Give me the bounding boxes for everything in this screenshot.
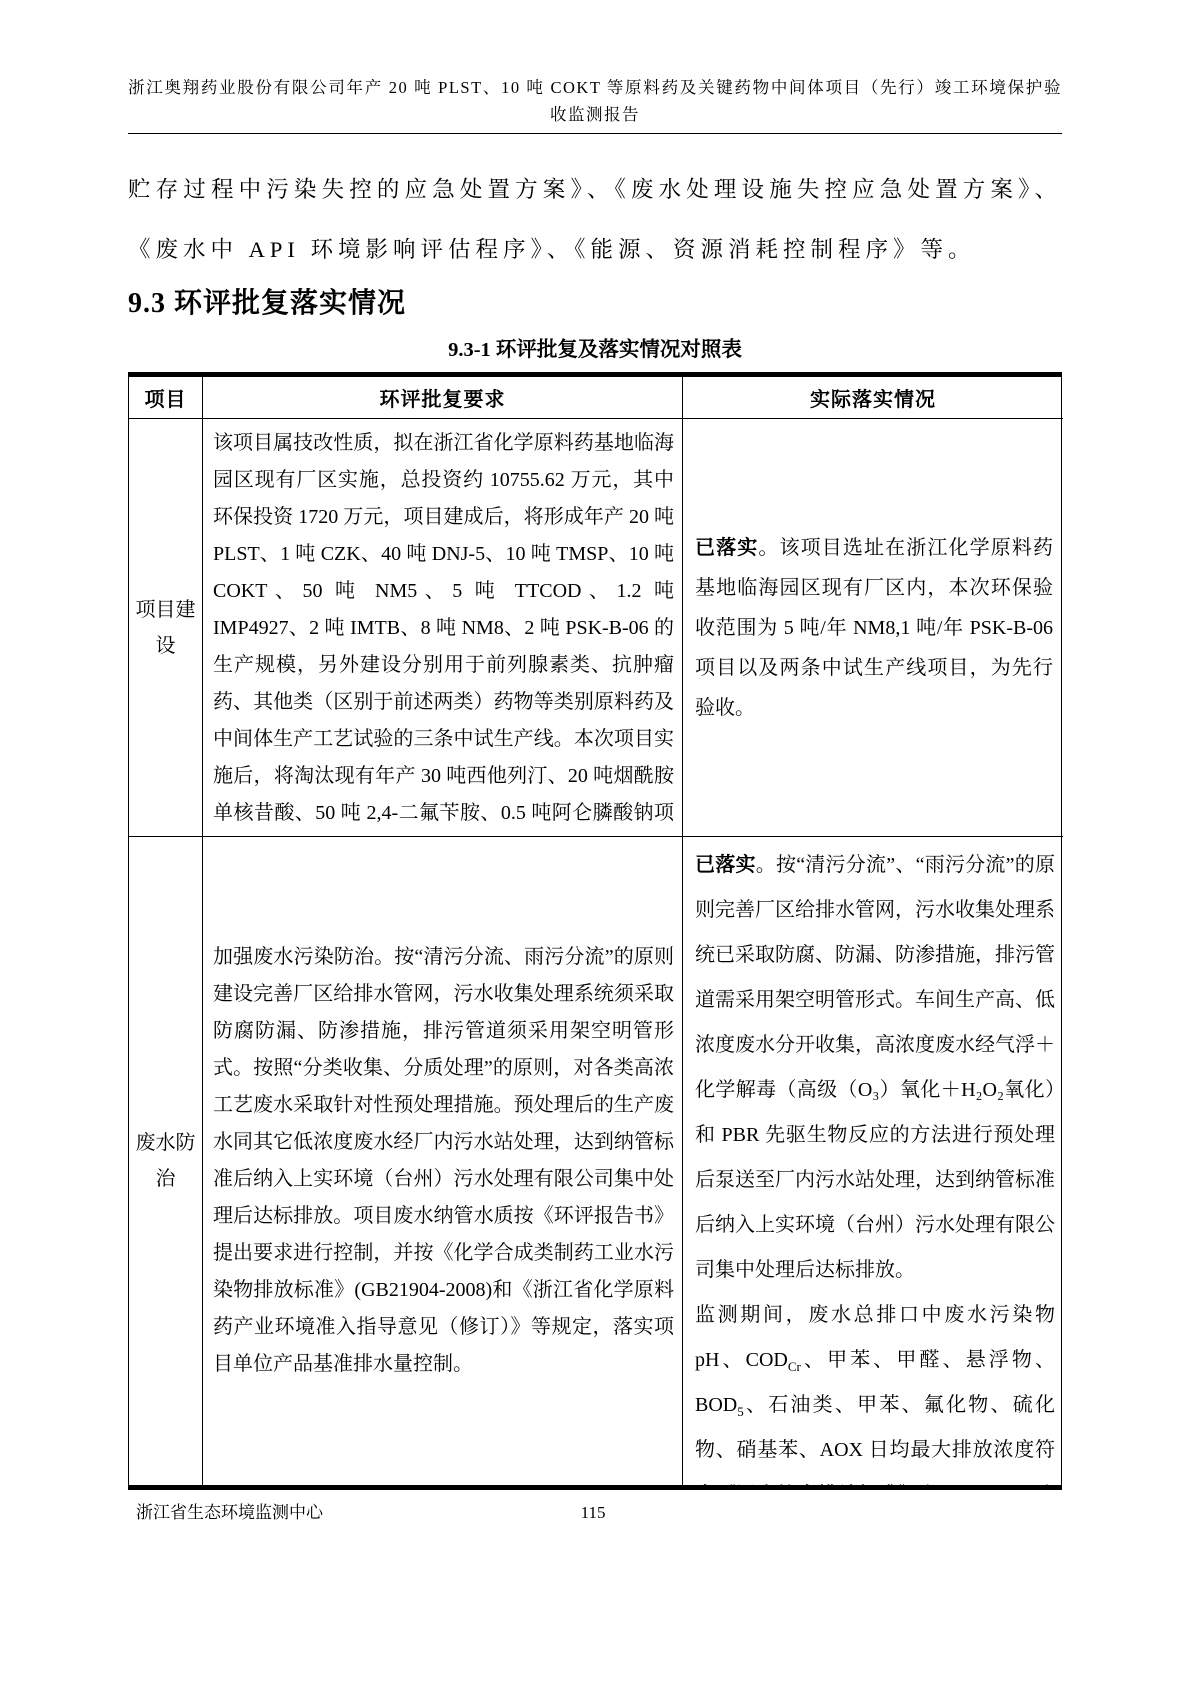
page-header-title: 浙江奥翔药业股份有限公司年产 20 吨 PLST、10 吨 COKT 等原料药及… <box>128 74 1062 134</box>
row1-status-cell: 已落实。该项目选址在浙江化学原料药基地临海园区现有厂区内，本次环保验收范围为 5… <box>683 419 1063 837</box>
row2-status-paragraph1: 已落实。按“清污分流”、“雨污分流”的原则完善厂区给排水管网，污水收集处理系统已… <box>695 843 1055 1293</box>
row1-category-cell: 项目建设 <box>129 419 203 837</box>
table-caption: 9.3-1 环评批复及落实情况对照表 <box>128 336 1062 364</box>
page-footer: 浙江省生态环境监测中心 115 <box>128 1500 1062 1526</box>
section-heading: 9.3 环评批复落实情况 <box>128 284 1062 324</box>
column-header-item: 项目 <box>129 377 203 419</box>
column-header-requirement: 环评批复要求 <box>203 377 683 419</box>
page-number: 115 <box>581 1500 606 1526</box>
intro-paragraph: 贮存过程中污染失控的应急处置方案》、《废水处理设施失控应急处置方案》、《废水中 … <box>128 160 1062 280</box>
row1-status-body: 。该项目选址在浙江化学原料药基地临海园区现有厂区内，本次环保验收范围为 5 吨/… <box>695 537 1053 719</box>
row2-requirement-cell: 加强废水污染防治。按“清污分流、雨污分流”的原则建设完善厂区给排水管网，污水收集… <box>203 837 683 1485</box>
footer-organization: 浙江省生态环境监测中心 <box>136 1500 323 1526</box>
comparison-table: 项目 环评批复要求 实际落实情况 项目建设 该项目属技改性质，拟在浙江省化学原料… <box>128 372 1062 1490</box>
row1-requirement-cell: 该项目属技改性质，拟在浙江省化学原料药基地临海园区现有厂区实施，总投资约 107… <box>203 419 683 837</box>
row1-status-lead: 已落实 <box>695 537 758 559</box>
row2-category-cell: 废水防治 <box>129 837 203 1485</box>
row2-status-lead: 已落实 <box>695 854 756 876</box>
row2-requirement-text: 加强废水污染防治。按“清污分流、雨污分流”的原则建设完善厂区给排水管网，污水收集… <box>213 939 674 1383</box>
column-header-status: 实际落实情况 <box>683 377 1063 419</box>
row2-status-cell: 已落实。按“清污分流”、“雨污分流”的原则完善厂区给排水管网，污水收集处理系统已… <box>683 837 1063 1485</box>
row1-status-text: 已落实。该项目选址在浙江化学原料药基地临海园区现有厂区内，本次环保验收范围为 5… <box>695 528 1053 728</box>
row2-status-paragraph2: 监测期间，废水总排口中废水污染物pH、CODCr、甲苯、甲醛、悬浮物、BOD5、… <box>695 1293 1055 1485</box>
document-page: 浙江奥翔药业股份有限公司年产 20 吨 PLST、10 吨 COKT 等原料药及… <box>0 0 1190 1683</box>
row2-status-body: 。按“清污分流”、“雨污分流”的原则完善厂区给排水管网，污水收集处理系统已采取防… <box>695 854 1055 1281</box>
